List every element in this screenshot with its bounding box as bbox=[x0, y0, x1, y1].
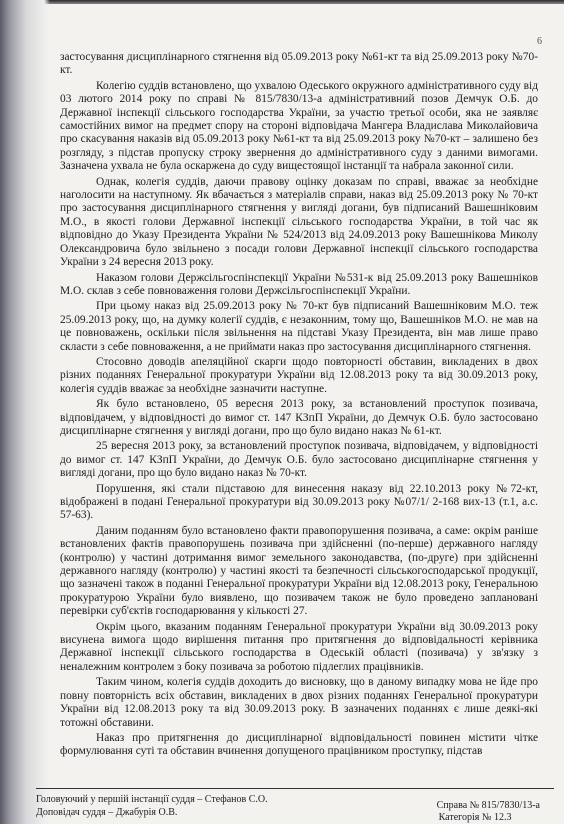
paragraph: Наказ про притягнення до дисциплінарної … bbox=[60, 732, 538, 759]
page-number: 6 bbox=[537, 36, 542, 47]
rapporteur-judge: Доповідач суддя – Джабурія О.В. bbox=[36, 806, 268, 819]
paragraph: Окрім цього, вказаним поданням Генеральн… bbox=[60, 621, 538, 675]
presiding-judge: Головуючий у першій інстанції суддя – Ст… bbox=[36, 793, 268, 806]
footer-case-info: Справа № 815/7830/13-а Категорія № 12.3 bbox=[437, 800, 540, 823]
footer-divider bbox=[36, 788, 554, 789]
footer-judges: Головуючий у першій інстанції суддя – Ст… bbox=[36, 793, 268, 819]
paragraph: Даним поданням було встановлено факти пр… bbox=[60, 525, 538, 619]
paragraph: Колегію суддів встановлено, що ухвалою О… bbox=[60, 80, 538, 174]
document-body: застосування дисциплінарного стягнення в… bbox=[60, 51, 538, 761]
paragraph: Таким чином, колегія суддів доходить до … bbox=[60, 676, 538, 730]
paragraph: Однак, колегія суддів, даючи правову оці… bbox=[60, 176, 538, 270]
paragraph: Стосовно доводів апеляційної скарги щодо… bbox=[60, 356, 538, 396]
paragraph: Як було встановлено, 05 вересня 2013 рок… bbox=[60, 398, 538, 438]
scan-binding-shadow bbox=[0, 0, 50, 824]
paragraph: При цьому наказ від 25.09.2013 року № 70… bbox=[60, 300, 538, 354]
paragraph: застосування дисциплінарного стягнення в… bbox=[60, 51, 538, 78]
paragraph: Наказом голови Держсільгоспінспекції Укр… bbox=[60, 272, 538, 299]
scan-top-edge bbox=[0, 0, 564, 4]
case-category: Категорія № 12.3 bbox=[437, 812, 540, 824]
paragraph: Порушення, які стали підставою для винес… bbox=[60, 483, 538, 523]
case-number: Справа № 815/7830/13-а bbox=[437, 800, 540, 812]
paragraph: 25 вересня 2013 року, за встановлений пр… bbox=[60, 440, 538, 480]
